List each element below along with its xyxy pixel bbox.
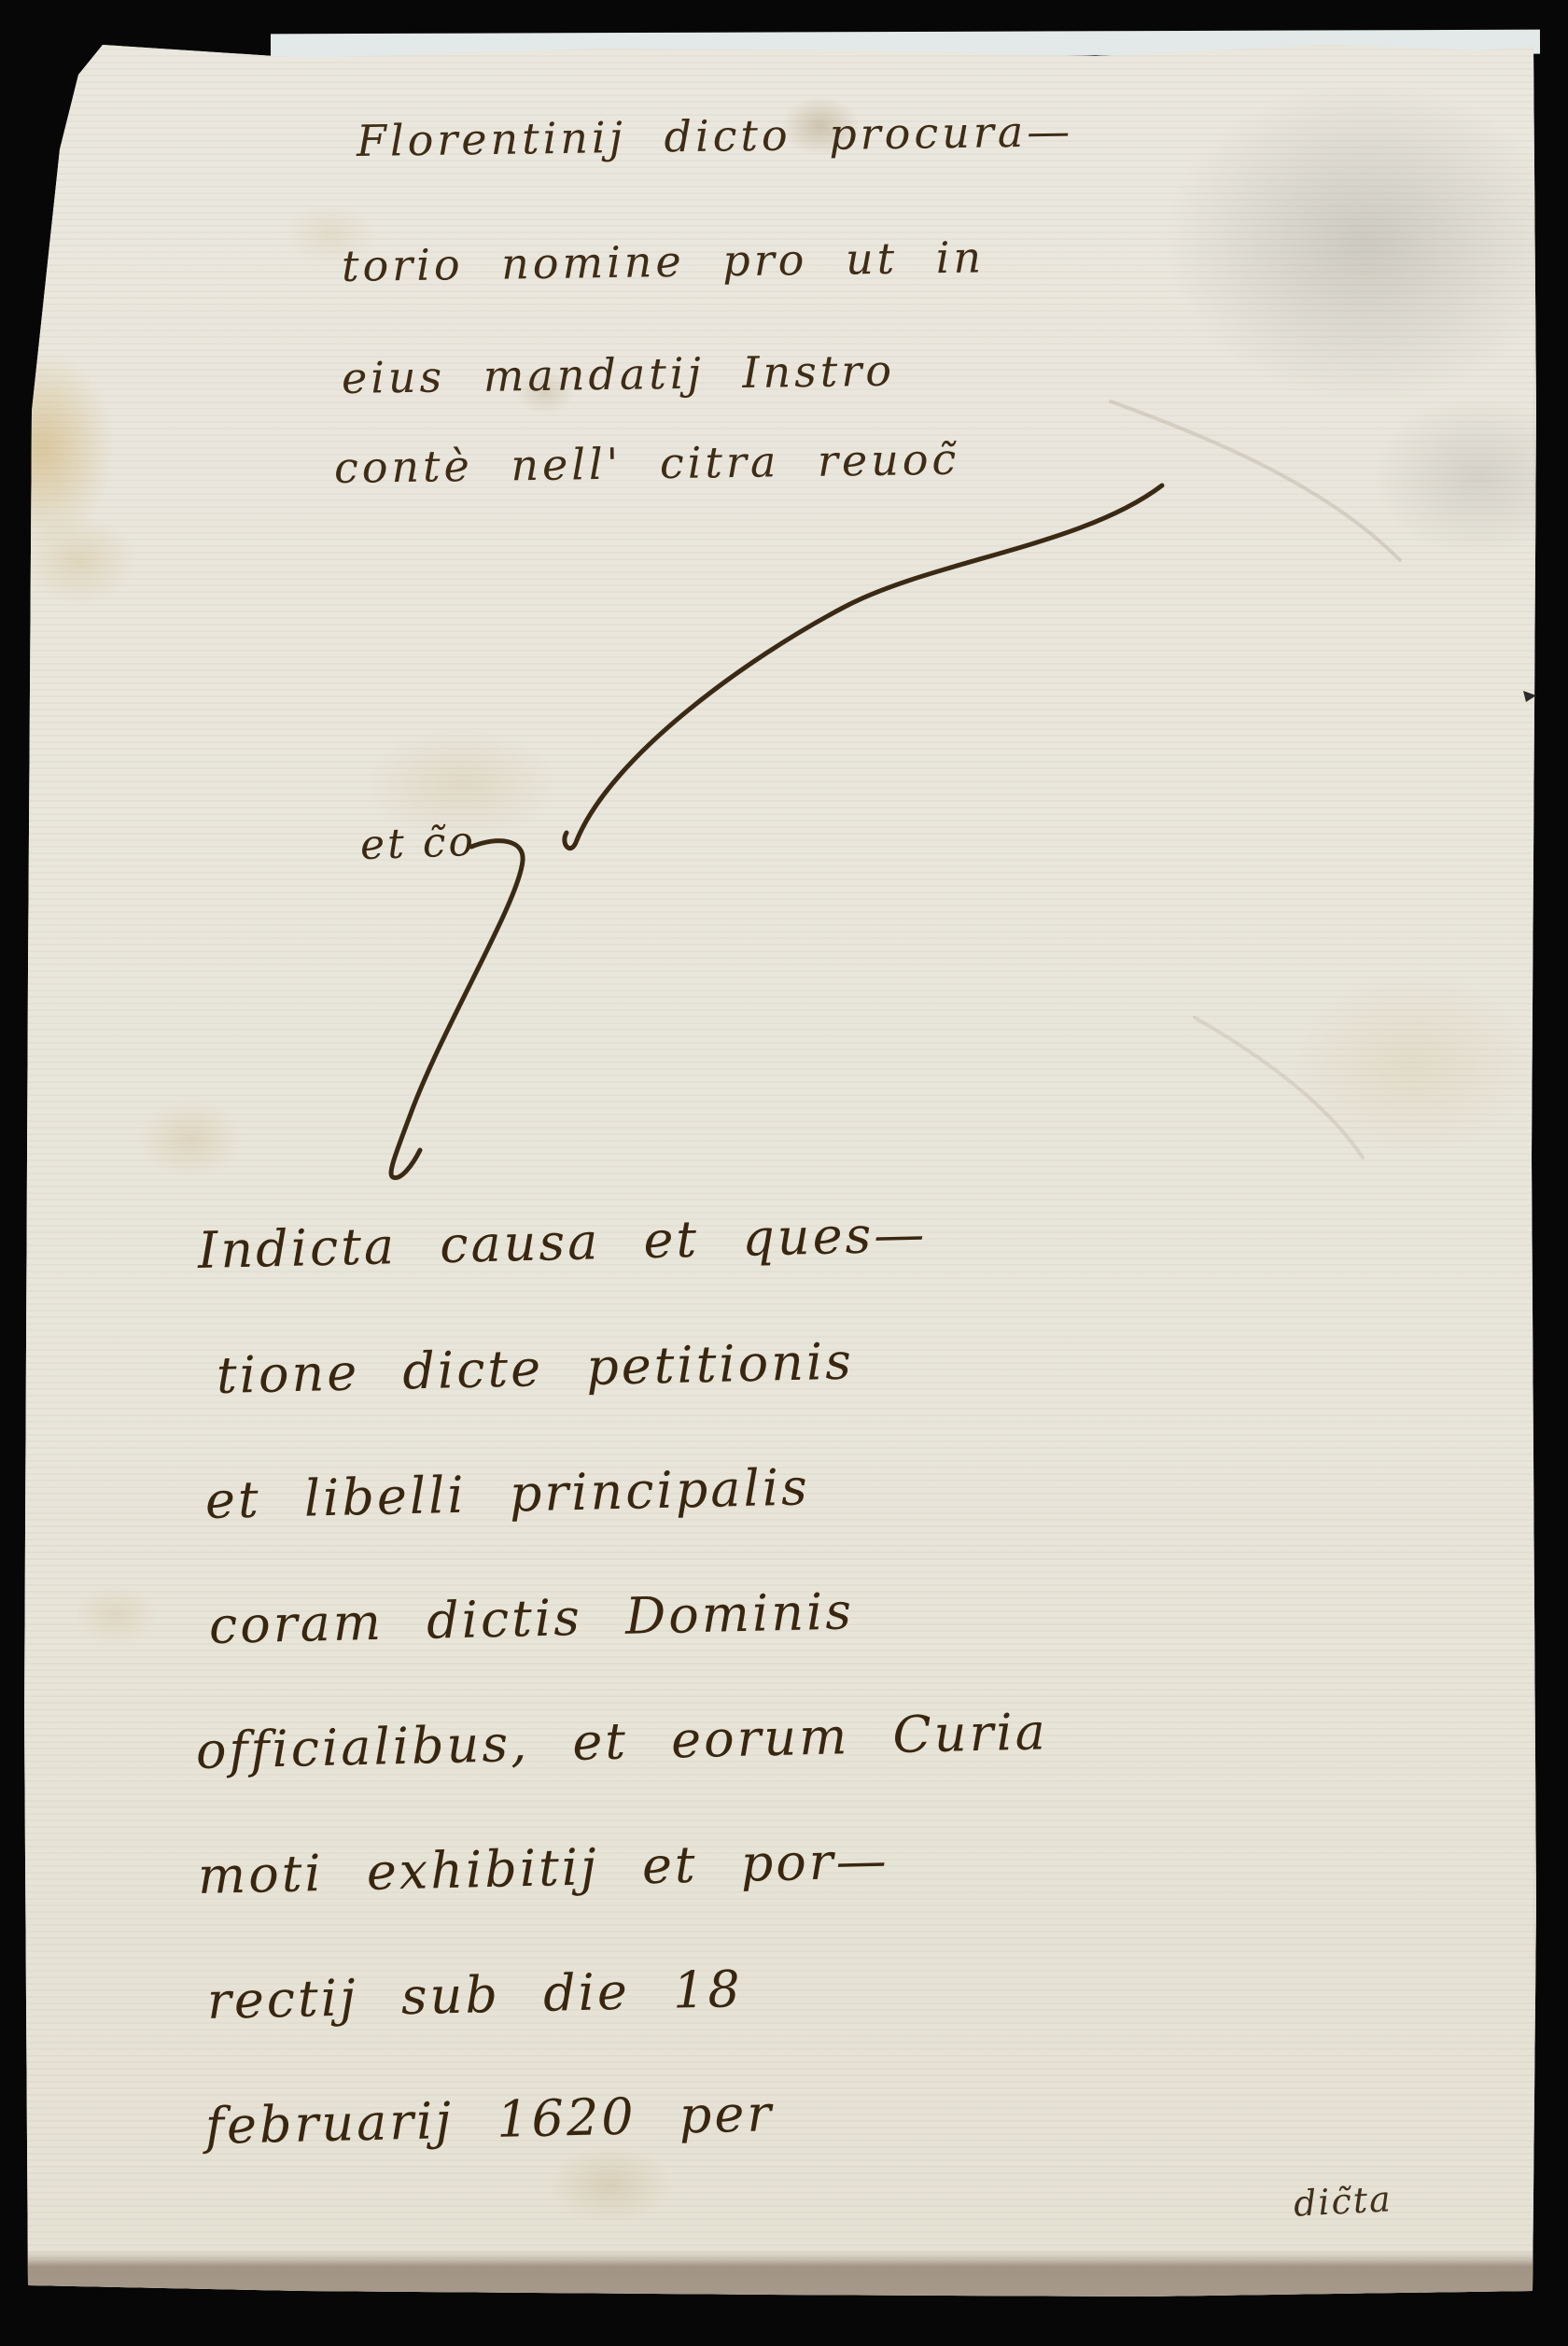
manuscript-line: eius mandatij Instro xyxy=(342,345,896,403)
catchword: dic̃ta xyxy=(1293,2178,1393,2224)
right-edge-ink-mark xyxy=(1523,691,1536,702)
et-cetera-pen-flourish xyxy=(391,841,523,1178)
page-bottom-fore-edge xyxy=(22,2250,1540,2298)
manuscript-line: torio nomine pro ut in xyxy=(342,232,986,291)
manuscript-line: Indicta causa et ques— xyxy=(197,1204,928,1280)
et-cetera-abbreviation: et c̃o xyxy=(359,818,477,869)
photo-background: Florentinij dicto procura— torio nomine … xyxy=(0,0,1568,2346)
manuscript-line: Florentinij dicto procura— xyxy=(357,105,1074,166)
manuscript-line: et libelli principalis xyxy=(204,1457,810,1530)
manuscript-line: coram dictis Dominis xyxy=(208,1581,854,1655)
ghost-stroke xyxy=(1195,1018,1363,1158)
manuscript-line: tione dicte petitionis xyxy=(216,1332,854,1405)
manuscript-line: rectij sub die 18 xyxy=(206,1960,743,2030)
manuscript-page: Florentinij dicto procura— torio nomine … xyxy=(22,37,1540,2298)
large-pen-flourish xyxy=(565,485,1162,849)
manuscript-line: februarij 1620 per xyxy=(204,2084,774,2156)
manuscript-line: moti exhibitij et por— xyxy=(197,1831,889,1905)
manuscript-line: officialibus, et eorum Curia xyxy=(195,1702,1048,1780)
manuscript-line: contè nell' citra reuoc̃ xyxy=(334,434,960,493)
ghost-stroke xyxy=(1111,401,1400,560)
